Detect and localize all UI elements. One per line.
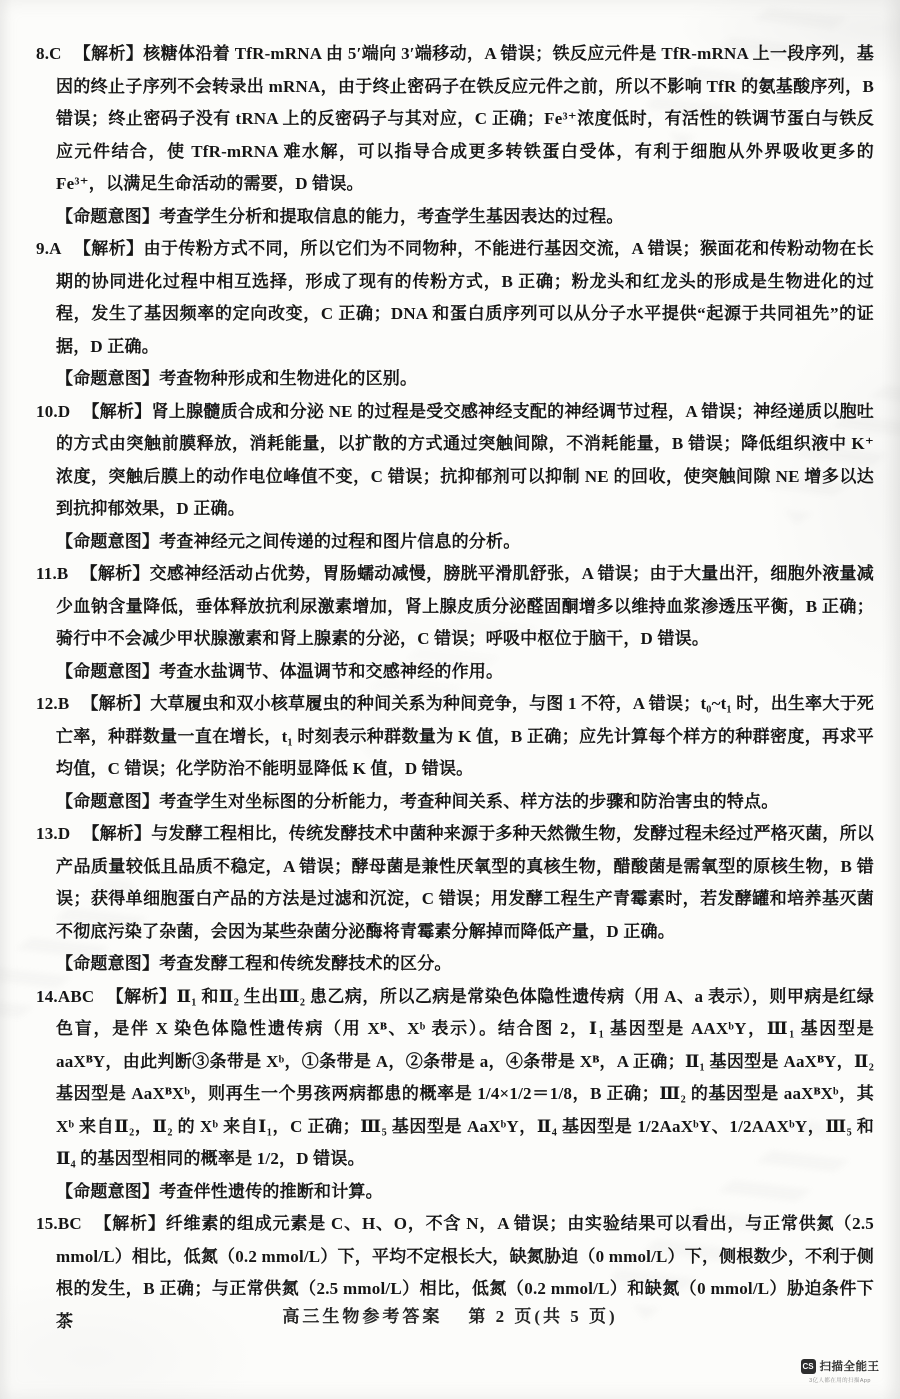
footer-page-info: 第 2 页(共 5 页) xyxy=(468,1307,617,1326)
page-footer: 高三生物参考答案第 2 页(共 5 页) xyxy=(0,1302,900,1327)
intent-text: 考查学生分析和提取信息的能力，考查学生基因表达的过程。 xyxy=(159,207,623,226)
question-15-number-answer: 15.BC xyxy=(36,1214,82,1233)
intent-label: 【命题意图】 xyxy=(56,532,159,551)
camscanner-watermark: CS 扫描全能王 3亿人都在用的扫描App xyxy=(792,1358,888,1384)
intent-label: 【命题意图】 xyxy=(56,207,159,226)
question-13-analysis: 13.D【解析】与发酵工程相比，传统发酵技术中菌种来源于多种天然微生物，发酵过程… xyxy=(36,818,874,948)
question-9-analysis: 9.A【解析】由于传粉方式不同，所以它们为不同物种，不能进行基因交流，A 错误；… xyxy=(36,233,874,363)
question-13-block: 13.D【解析】与发酵工程相比，传统发酵技术中菌种来源于多种天然微生物，发酵过程… xyxy=(36,818,874,981)
analysis-label: 【解析】 xyxy=(94,1214,166,1233)
question-14-analysis: 14.ABC【解析】Ⅱ₁ 和Ⅱ₂ 生出Ⅲ₂ 患乙病，所以乙病是常染色体隐性遗传病… xyxy=(36,981,874,1176)
answer-letter: C xyxy=(49,44,61,63)
question-number: 9. xyxy=(36,239,49,258)
analysis-text: 由于传粉方式不同，所以它们为不同物种，不能进行基因交流，A 错误；猴面花和传粉动… xyxy=(56,239,874,356)
answer-letter: D xyxy=(58,824,70,843)
analysis-text: 与发酵工程相比，传统发酵技术中菌种来源于多种天然微生物，发酵过程未经过严格灭菌，… xyxy=(56,824,874,941)
intent-text: 考查神经元之间传递的过程和图片信息的分析。 xyxy=(159,532,520,551)
question-10-block: 10.D【解析】肾上腺髓质合成和分泌 NE 的过程是受交感神经支配的神经调节过程… xyxy=(36,396,874,559)
camscanner-name: 扫描全能王 xyxy=(820,1358,880,1374)
question-8-intent: 【命题意图】考查学生分析和提取信息的能力，考查学生基因表达的过程。 xyxy=(36,201,874,234)
question-11-intent: 【命题意图】考查水盐调节、体温调节和交感神经的作用。 xyxy=(36,656,874,689)
question-number: 10. xyxy=(36,402,58,421)
intent-label: 【命题意图】 xyxy=(56,954,159,973)
answer-letter: D xyxy=(58,402,70,421)
intent-text: 考查水盐调节、体温调节和交感神经的作用。 xyxy=(159,662,503,681)
question-13-number-answer: 13.D xyxy=(36,824,70,843)
question-10-number-answer: 10.D xyxy=(36,402,70,421)
camscanner-subtitle: 3亿人都在用的扫描App xyxy=(792,1376,888,1384)
question-number: 8. xyxy=(36,44,49,63)
question-8-analysis: 8.C【解析】核糖体沿着 TfR-mRNA 由 5′端向 3′端移动，A 错误；… xyxy=(36,38,874,201)
question-10-analysis: 10.D【解析】肾上腺髓质合成和分泌 NE 的过程是受交感神经支配的神经调节过程… xyxy=(36,396,874,526)
question-10-intent: 【命题意图】考查神经元之间传递的过程和图片信息的分析。 xyxy=(36,526,874,559)
answer-letter: B xyxy=(57,564,69,583)
analysis-text: Ⅱ₁ 和Ⅱ₂ 生出Ⅲ₂ 患乙病，所以乙病是常染色体隐性遗传病（用 A、a 表示）… xyxy=(56,987,874,1169)
analysis-text: 核糖体沿着 TfR-mRNA 由 5′端向 3′端移动，A 错误；铁反应元件是 … xyxy=(56,44,874,193)
question-9-number-answer: 9.A xyxy=(36,239,62,258)
answer-letter: B xyxy=(58,694,70,713)
answer-letter: BC xyxy=(58,1214,82,1233)
intent-text: 考查学生对坐标图的分析能力，考查种间关系、样方法的步骤和防治害虫的特点。 xyxy=(159,792,778,811)
question-12-analysis: 12.B【解析】大草履虫和双小核草履虫的种间关系为种间竞争，与图 1 不符，A … xyxy=(36,688,874,786)
question-number: 15. xyxy=(36,1214,58,1233)
question-14-intent: 【命题意图】考查伴性遗传的推断和计算。 xyxy=(36,1176,874,1209)
question-8-number-answer: 8.C xyxy=(36,44,62,63)
intent-text: 考查物种形成和生物进化的区别。 xyxy=(159,369,417,388)
question-8-block: 8.C【解析】核糖体沿着 TfR-mRNA 由 5′端向 3′端移动，A 错误；… xyxy=(36,38,874,233)
question-12-intent: 【命题意图】考查学生对坐标图的分析能力，考查种间关系、样方法的步骤和防治害虫的特… xyxy=(36,786,874,819)
intent-text: 考查伴性遗传的推断和计算。 xyxy=(159,1182,383,1201)
question-number: 11. xyxy=(36,564,57,583)
question-12-block: 12.B【解析】大草履虫和双小核草履虫的种间关系为种间竞争，与图 1 不符，A … xyxy=(36,688,874,818)
question-13-intent: 【命题意图】考查发酵工程和传统发酵技术的区分。 xyxy=(36,948,874,981)
camscanner-icon: CS xyxy=(801,1359,816,1374)
footer-title: 高三生物参考答案 xyxy=(282,1307,442,1326)
question-9-block: 9.A【解析】由于传粉方式不同，所以它们为不同物种，不能进行基因交流，A 错误；… xyxy=(36,233,874,396)
analysis-text: 交感神经活动占优势，胃肠蠕动减慢，膀胱平滑肌舒张，A 错误；由于大量出汗，细胞外… xyxy=(56,564,874,648)
analysis-label: 【解析】 xyxy=(80,564,149,583)
question-number: 13. xyxy=(36,824,58,843)
intent-text: 考查发酵工程和传统发酵技术的区分。 xyxy=(159,954,451,973)
question-11-number-answer: 11.B xyxy=(36,564,68,583)
analysis-label: 【解析】 xyxy=(82,824,151,843)
intent-label: 【命题意图】 xyxy=(56,369,159,388)
question-14-number-answer: 14.ABC xyxy=(36,987,94,1006)
question-number: 14. xyxy=(36,987,58,1006)
analysis-label: 【解析】 xyxy=(81,694,150,713)
analysis-label: 【解析】 xyxy=(106,987,176,1006)
intent-label: 【命题意图】 xyxy=(56,1182,159,1201)
analysis-text: 肾上腺髓质合成和分泌 NE 的过程是受交感神经支配的神经调节过程，A 错误；神经… xyxy=(56,402,874,519)
question-12-number-answer: 12.B xyxy=(36,694,69,713)
answer-letter: ABC xyxy=(58,987,95,1006)
question-14-block: 14.ABC【解析】Ⅱ₁ 和Ⅱ₂ 生出Ⅲ₂ 患乙病，所以乙病是常染色体隐性遗传病… xyxy=(36,981,874,1209)
question-number: 12. xyxy=(36,694,58,713)
analysis-label: 【解析】 xyxy=(74,239,144,258)
answer-letter: A xyxy=(49,239,61,258)
analysis-text: 大草履虫和双小核草履虫的种间关系为种间竞争，与图 1 不符，A 错误；t₀~t₁… xyxy=(56,694,874,778)
intent-label: 【命题意图】 xyxy=(56,792,159,811)
question-11-analysis: 11.B【解析】交感神经活动占优势，胃肠蠕动减慢，膀胱平滑肌舒张，A 错误；由于… xyxy=(36,558,874,656)
analysis-label: 【解析】 xyxy=(74,44,144,63)
answer-key-content: 8.C【解析】核糖体沿着 TfR-mRNA 由 5′端向 3′端移动，A 错误；… xyxy=(36,38,874,1338)
question-11-block: 11.B【解析】交感神经活动占优势，胃肠蠕动减慢，膀胱平滑肌舒张，A 错误；由于… xyxy=(36,558,874,688)
analysis-label: 【解析】 xyxy=(82,402,151,421)
question-9-intent: 【命题意图】考查物种形成和生物进化的区别。 xyxy=(36,363,874,396)
intent-label: 【命题意图】 xyxy=(56,662,159,681)
